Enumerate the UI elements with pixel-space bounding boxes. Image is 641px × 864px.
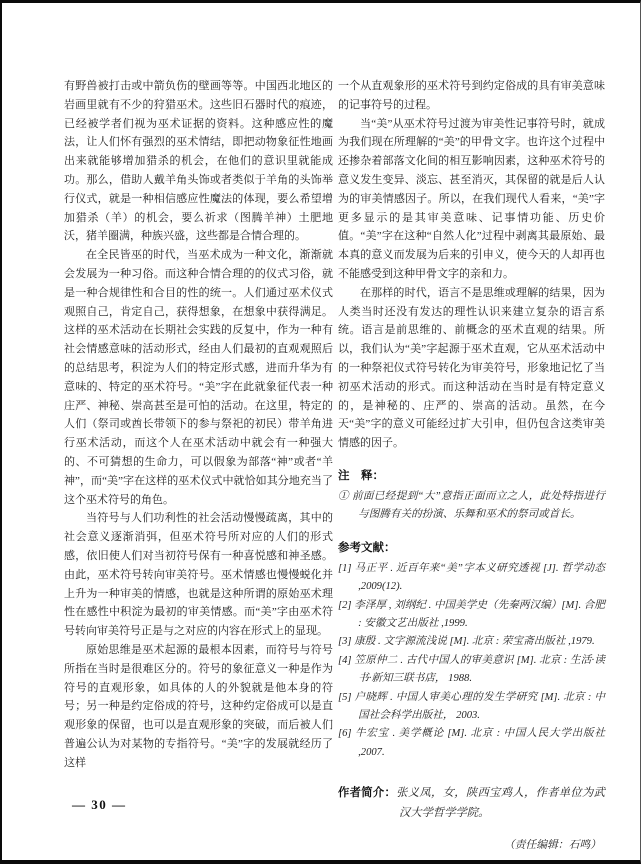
paragraph: 在那样的时代，语言不是思维或理解的结果，因为人类当时还没有发达的理性认识来建立复… — [338, 284, 605, 453]
paragraph-continuation: 一个从直观象形的巫术符号到约定俗成的具有审美意味的记事符号的过程。 — [338, 77, 605, 115]
paragraph-continuation: 有野兽被打击或中箭负伤的壁画等等。中国西北地区的岩画里就有不少的狩猎巫术。这些旧… — [64, 77, 333, 246]
author-bio-label: 作者简介： — [338, 787, 396, 799]
author-bio: 作者简介：张义凤，女，陕西宝鸡人，作者单位为武汉大学哲学学院。 — [338, 784, 605, 823]
note-item: ① 前面已经提到“大”意指正面而立之人，此处特指进行与图腾有关的扮演、乐舞和巫术… — [338, 488, 605, 525]
right-column: 一个从直观象形的巫术符号到约定俗成的具有审美意味的记事符号的过程。 当“美”从巫… — [338, 77, 605, 852]
notes-heading: 注 释： — [338, 467, 605, 483]
page-number: — 30 — — [72, 797, 127, 813]
left-column: 有野兽被打击或中箭负伤的壁画等等。中国西北地区的岩画里就有不少的狩猎巫术。这些旧… — [64, 77, 333, 772]
paragraph: 原始思维是巫术起源的最根本因素，而符号与符号所指在当时是很难区分的。符号的象征意… — [64, 641, 333, 773]
scanned-paper-page: 有野兽被打击或中箭负伤的壁画等等。中国西北地区的岩画里就有不少的狩猎巫术。这些旧… — [0, 0, 641, 864]
paragraph: 当符号与人们功利性的社会活动慢慢疏离，其中的社会意义逐渐消弭，但巫术符号所对应的… — [64, 509, 333, 641]
reference-item: [5] 户晓辉 . 中国人审美心理的发生学研究 [M]. 北京 : 中国社会科学… — [338, 689, 605, 726]
responsible-editor: （责任编辑：石鸣） — [338, 837, 605, 852]
author-bio-text: 张义凤，女，陕西宝鸡人，作者单位为武汉大学哲学学院。 — [396, 787, 605, 819]
reference-item: [1] 马正平 . 近百年来“美”字本义研究透视 [J]. 哲学动态 ,2009… — [338, 560, 605, 597]
reference-item: [3] 康殷 . 文字源流浅说 [M]. 北京 : 荣宝斋出版社 ,1979. — [338, 633, 605, 651]
paragraph: 当“美”从巫术符号过渡为审美性记事符号时，就成为我们现在所理解的“美”的甲骨文字… — [338, 115, 605, 284]
reference-item: [4] 笠原仲二 . 古代中国人的审美意识 [M]. 北京 : 生活·读书·新知… — [338, 652, 605, 689]
paragraph: 在全民皆巫的时代，当巫术成为一种文化，渐渐就会发展为一种习俗。而这种合情合理的的… — [64, 246, 333, 509]
reference-item: [2] 李泽厚 , 刘纲纪 . 中国美学史（先秦两汉编）[M]. 合肥 : 安徽… — [338, 597, 605, 634]
reference-item: [6] 牛宏宝 . 美学概论 [M]. 北京 : 中国人民大学出版社 ,2007… — [338, 725, 605, 762]
references-heading: 参考文献： — [338, 539, 605, 555]
